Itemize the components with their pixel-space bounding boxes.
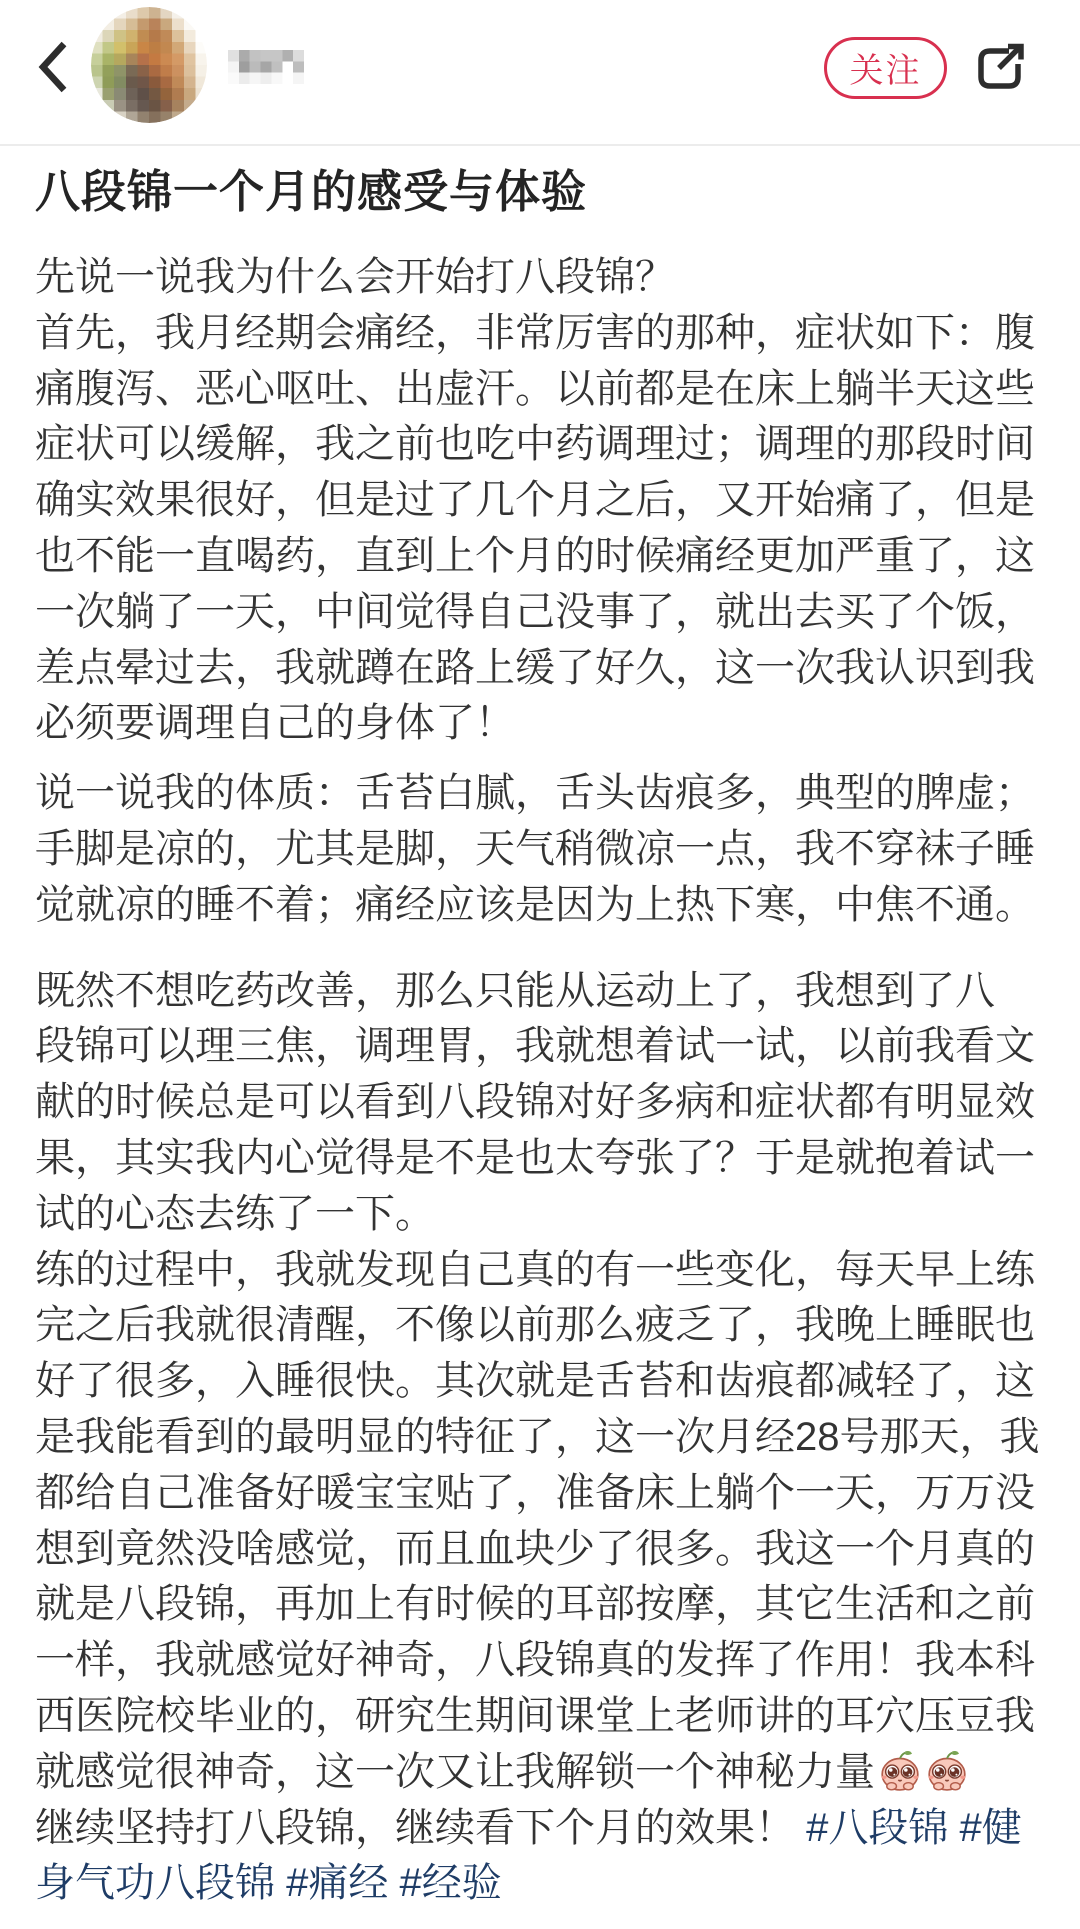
body-text: [388, 1861, 399, 1905]
note-detail-page: 关注 八段锦一个月的感受与体验 先说一说我为什么会开始打八段锦？首先，我月经期会…: [0, 0, 1080, 1929]
share-export-icon: [972, 42, 1030, 96]
body-text: 果，其实我内心觉得是不是也太夸张了？于是就抱着试一: [35, 1136, 1035, 1180]
body-text: 西医院校毕业的，研究生期间课堂上老师讲的耳穴压豆我: [35, 1694, 1035, 1738]
body-text: 首先，我月经期会痛经，非常厉害的那种，症状如下：腹: [35, 311, 1035, 355]
body-text: [275, 1861, 286, 1905]
shy-peach-emoji: [925, 1748, 969, 1792]
hashtag-link[interactable]: #八段锦: [806, 1806, 948, 1850]
body-line: 也不能一直喝药，直到上个月的时候痛经更加严重了，这: [35, 529, 1045, 585]
chevron-left-icon: [34, 40, 70, 94]
body-line: 一次躺了一天，中间觉得自己没事了，就出去买了个饭，: [35, 585, 1045, 641]
hashtag-link[interactable]: 身气功八段锦: [35, 1861, 275, 1905]
body-text: 继续坚持打八段锦，继续看下个月的效果！: [35, 1806, 806, 1850]
body-text: 一次躺了一天，中间觉得自己没事了，就出去买了个饭，: [35, 590, 1035, 634]
body-text: 症状可以缓解，我之前也吃中药调理过；调理的那段时间: [35, 422, 1035, 466]
body-line: 献的时候总是可以看到八段锦对好多病和症状都有明显效: [35, 1075, 1045, 1131]
avatar-pixel-art: [91, 7, 207, 123]
body-line: 确实效果很好，但是过了几个月之后，又开始痛了，但是: [35, 473, 1045, 529]
paragraph-block: 说一说我的体质：舌苔白腻，舌头齿痕多，典型的脾虚；手脚是凉的，尤其是脚，天气稍微…: [35, 766, 1045, 933]
body-line: 差点晕过去，我就蹲在路上缓了好久，这一次我认识到我: [35, 641, 1045, 697]
post-body: 先说一说我为什么会开始打八段锦？首先，我月经期会痛经，非常厉害的那种，症状如下：…: [35, 250, 1045, 1912]
body-text: 一样，我就感觉好神奇，八段锦真的发挥了作用！我本科: [35, 1638, 1035, 1682]
body-text: 说一说我的体质：舌苔白腻，舌头齿痕多，典型的脾虚；: [35, 771, 1035, 815]
body-line: 完之后我就很清醒，不像以前那么疲乏了，我晚上睡眠也: [35, 1298, 1045, 1354]
body-line: 既然不想吃药改善，那么只能从运动上了，我想到了八: [35, 964, 1045, 1020]
shy-peach-emoji: [878, 1748, 922, 1792]
body-text: 想到竟然没啥感觉，而且血块少了很多。我这一个月真的: [35, 1527, 1035, 1571]
body-line: 说一说我的体质：舌苔白腻，舌头齿痕多，典型的脾虚；: [35, 766, 1045, 822]
hashtag-link[interactable]: #痛经: [286, 1861, 388, 1905]
body-line: 就是八段锦，再加上有时候的耳部按摩，其它生活和之前: [35, 1577, 1045, 1633]
top-navigation-bar: 关注: [0, 0, 1080, 146]
body-line: 觉就凉的睡不着；痛经应该是因为上热下寒，中焦不通。: [35, 878, 1045, 934]
follow-button[interactable]: 关注: [824, 37, 947, 99]
body-line: 是我能看到的最明显的特征了，这一次月经28号那天，我: [35, 1410, 1045, 1466]
blurred-avatar-image[interactable]: [91, 7, 207, 123]
paragraph-block: 先说一说我为什么会开始打八段锦？首先，我月经期会痛经，非常厉害的那种，症状如下：…: [35, 250, 1045, 752]
body-text: 先说一说我为什么会开始打八段锦？: [35, 255, 675, 299]
body-text: 确实效果很好，但是过了几个月之后，又开始痛了，但是: [35, 478, 1035, 522]
body-text: 都给自己准备好暖宝宝贴了，准备床上躺个一天，万万没: [35, 1471, 1035, 1515]
body-text: 既然不想吃药改善，那么只能从运动上了，我想到了八: [35, 969, 995, 1013]
body-line: 好了很多，入睡很快。其次就是舌苔和齿痕都减轻了，这: [35, 1354, 1045, 1410]
post-title: 八段锦一个月的感受与体验: [35, 163, 1045, 221]
body-line: 一样，我就感觉好神奇，八段锦真的发挥了作用！我本科: [35, 1633, 1045, 1689]
body-line: 西医院校毕业的，研究生期间课堂上老师讲的耳穴压豆我: [35, 1689, 1045, 1745]
body-text: 也不能一直喝药，直到上个月的时候痛经更加严重了，这: [35, 534, 1035, 578]
back-button[interactable]: [34, 40, 70, 94]
body-line: 想到竟然没啥感觉，而且血块少了很多。我这一个月真的: [35, 1522, 1045, 1578]
body-line: 试的心态去练了一下。: [35, 1187, 1045, 1243]
body-line: 身气功八段锦 #痛经 #经验: [35, 1856, 1045, 1912]
note-content: 八段锦一个月的感受与体验 先说一说我为什么会开始打八段锦？首先，我月经期会痛经，…: [0, 163, 1080, 1912]
hashtag-link[interactable]: #经验: [400, 1861, 502, 1905]
body-text: 试的心态去练了一下。: [35, 1192, 435, 1236]
body-text: 就是八段锦，再加上有时候的耳部按摩，其它生活和之前: [35, 1582, 1035, 1626]
body-text: 好了很多，入睡很快。其次就是舌苔和齿痕都减轻了，这: [35, 1359, 1035, 1403]
body-text: 练的过程中，我就发现自己真的有一些变化，每天早上练: [35, 1248, 1035, 1292]
body-line: 先说一说我为什么会开始打八段锦？: [35, 250, 1045, 306]
body-line: 果，其实我内心觉得是不是也太夸张了？于是就抱着试一: [35, 1131, 1045, 1187]
body-line: 都给自己准备好暖宝宝贴了，准备床上躺个一天，万万没: [35, 1466, 1045, 1522]
body-text: 觉就凉的睡不着；痛经应该是因为上热下寒，中焦不通。: [35, 883, 1035, 927]
body-line: 首先，我月经期会痛经，非常厉害的那种，症状如下：腹: [35, 306, 1045, 362]
username-mosaic: [228, 50, 304, 84]
body-line: 继续坚持打八段锦，继续看下个月的效果！ #八段锦 #健: [35, 1801, 1045, 1857]
body-line: 必须要调理自己的身体了！: [35, 696, 1045, 752]
body-text: 差点晕过去，我就蹲在路上缓了好久，这一次我认识到我: [35, 646, 1035, 690]
body-text: 完之后我就很清醒，不像以前那么疲乏了，我晚上睡眠也: [35, 1303, 1035, 1347]
body-text: 段锦可以理三焦，调理胃，我就想着试一试，以前我看文: [35, 1024, 1035, 1068]
paragraph-block: 既然不想吃药改善，那么只能从运动上了，我想到了八段锦可以理三焦，调理胃，我就想着…: [35, 964, 1045, 1913]
body-text: 献的时候总是可以看到八段锦对好多病和症状都有明显效: [35, 1080, 1035, 1124]
hashtag-link[interactable]: #健: [960, 1806, 1022, 1850]
body-line: 痛腹泻、恶心呕吐、出虚汗。以前都是在床上躺半天这些: [35, 362, 1045, 418]
body-line: 手脚是凉的，尤其是脚，天气稍微凉一点，我不穿袜子睡: [35, 822, 1045, 878]
share-button[interactable]: [972, 42, 1030, 96]
body-line: 段锦可以理三焦，调理胃，我就想着试一试，以前我看文: [35, 1019, 1045, 1075]
body-line: 练的过程中，我就发现自己真的有一些变化，每天早上练: [35, 1243, 1045, 1299]
body-text: 痛腹泻、恶心呕吐、出虚汗。以前都是在床上躺半天这些: [35, 367, 1035, 411]
body-text: 就感觉很神奇，这一次又让我解锁一个神秘力量: [35, 1750, 875, 1794]
body-text: 必须要调理自己的身体了！: [35, 701, 515, 745]
body-text: 是我能看到的最明显的特征了，这一次月经28号那天，我: [35, 1415, 1040, 1459]
body-text: 手脚是凉的，尤其是脚，天气稍微凉一点，我不穿袜子睡: [35, 827, 1035, 871]
body-line: 就感觉很神奇，这一次又让我解锁一个神秘力量: [35, 1745, 1045, 1801]
body-text: [948, 1806, 959, 1850]
body-line: 症状可以缓解，我之前也吃中药调理过；调理的那段时间: [35, 417, 1045, 473]
blurred-username-placeholder[interactable]: [228, 50, 304, 84]
